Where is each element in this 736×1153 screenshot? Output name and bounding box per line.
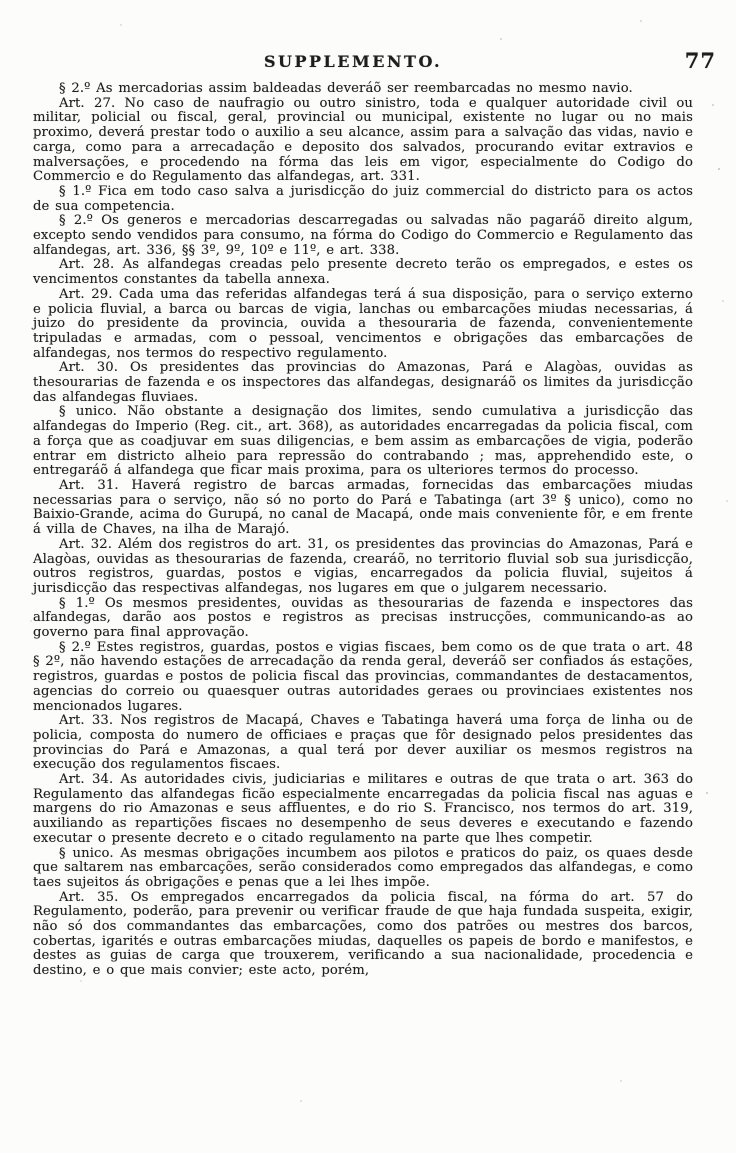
para-art-27-sec1: § 1.º Fica em todo caso salva a jurisdic… [33, 185, 693, 214]
scan-noise-specks [0, 0, 2, 2]
para-art-27-sec2: § 2.º Os generos e mercadorias descarreg… [33, 214, 693, 258]
para-art-35: Art. 35. Os empregados encarregados da p… [33, 891, 693, 979]
page-number: 77 [685, 48, 716, 73]
para-sec2-reembarque: § 2.º As mercadorias assim baldeadas dev… [33, 82, 693, 97]
para-art-27: Art. 27. No caso de naufragio ou outro s… [33, 97, 693, 185]
para-art-32: Art. 32. Além dos registros do art. 31, … [33, 538, 693, 597]
page-title: SUPPLEMENTO. [0, 52, 706, 71]
para-art-29: Art. 29. Cada uma das referidas alfandeg… [33, 288, 693, 362]
para-art-28: Art. 28. As alfandegas creadas pelo pres… [33, 258, 693, 287]
para-art-32-sec2: § 2.º Estes registros, guardas, postos e… [33, 641, 693, 715]
para-art-31: Art. 31. Haverá registro de barcas armad… [33, 479, 693, 538]
page-body: § 2.º As mercadorias assim baldeadas dev… [33, 82, 693, 979]
para-art-34-sec-unico: § unico. As mesmas obrigações incumbem a… [33, 847, 693, 891]
para-art-34: Art. 34. As autoridades civis, judiciari… [33, 773, 693, 847]
page-header: SUPPLEMENTO. 77 [0, 52, 736, 82]
para-art-30: Art. 30. Os presidentes das provincias d… [33, 361, 693, 405]
scanned-document-page: SUPPLEMENTO. 77 § 2.º As mercadorias ass… [0, 0, 736, 1153]
para-art-32-sec1: § 1.º Os mesmos presidentes, ouvidas as … [33, 597, 693, 641]
para-art-33: Art. 33. Nos registros de Macapá, Chaves… [33, 714, 693, 773]
para-art-30-sec-unico: § unico. Não obstante a designação dos l… [33, 405, 693, 479]
